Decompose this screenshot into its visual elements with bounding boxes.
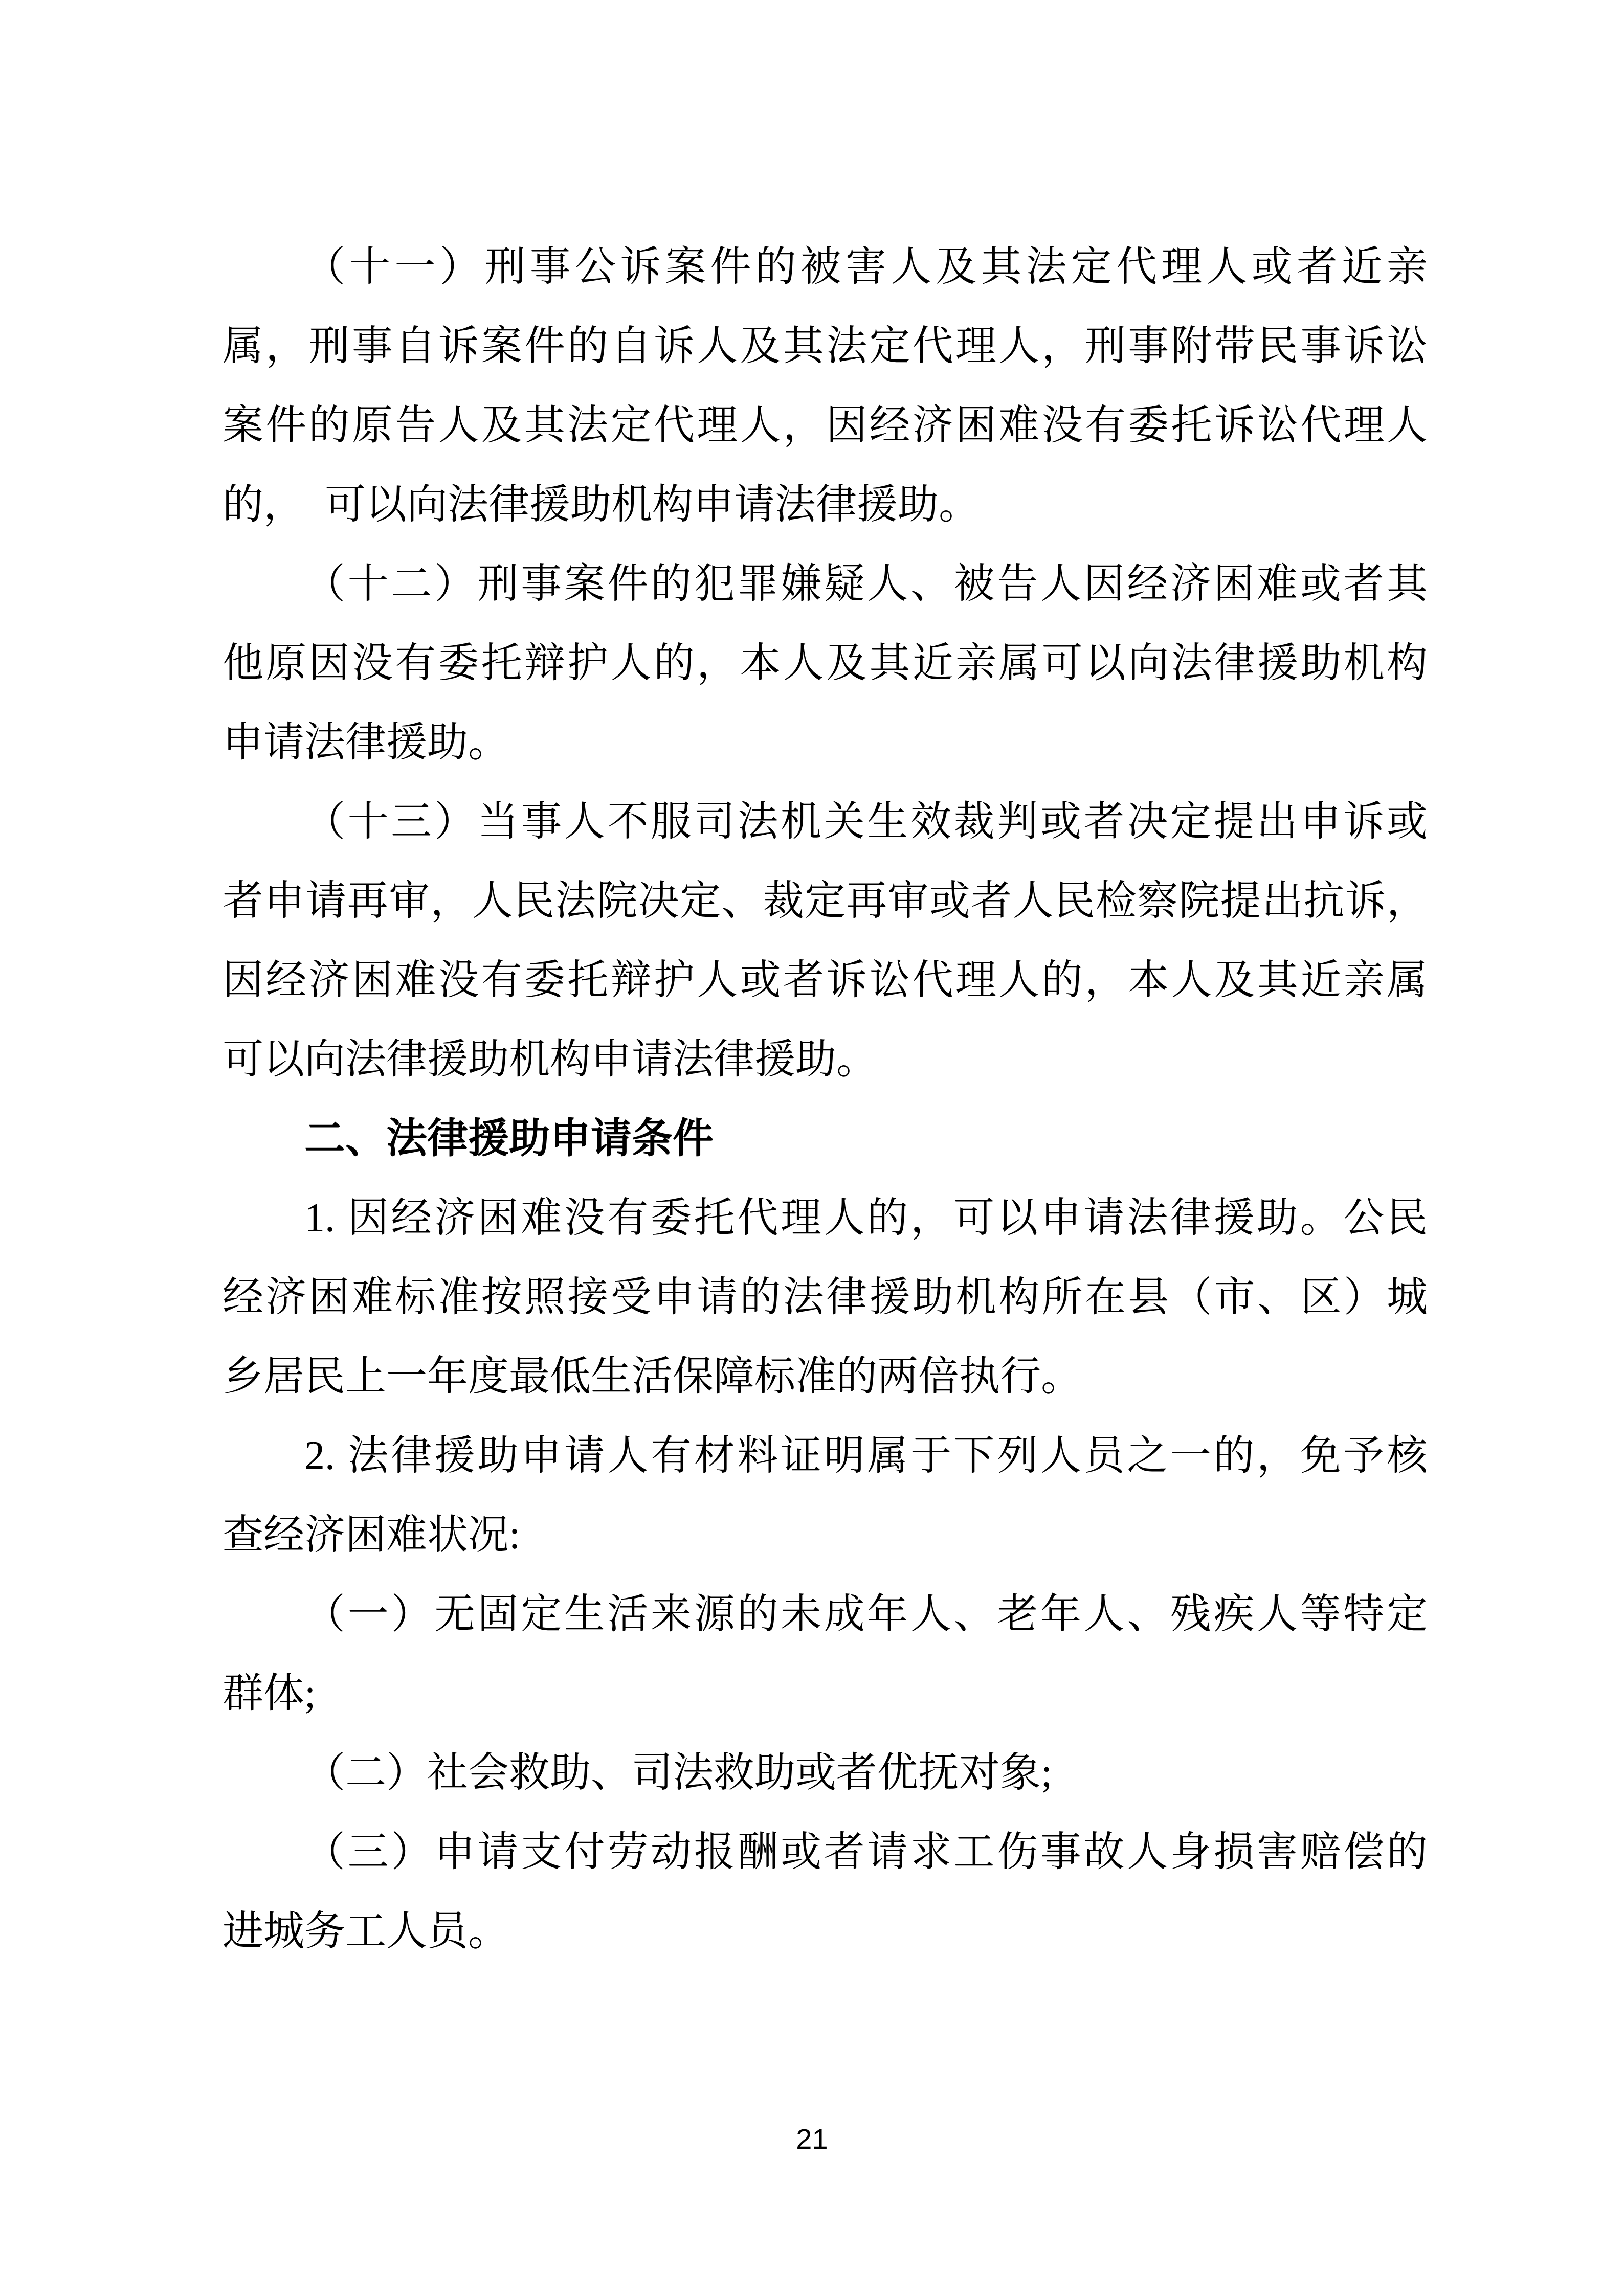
text-line: 进城务工人员。 <box>223 1892 1428 1971</box>
text-line: （二）社会救助、司法救助或者优抚对象; <box>223 1734 1428 1813</box>
text-line: （一）无固定生活来源的未成年人、老年人、残疾人等特定 <box>223 1575 1428 1654</box>
text-line: 1. 因经济困难没有委托代理人的，可以申请法律援助。公民 <box>223 1179 1428 1258</box>
page-number: 21 <box>0 2122 1624 2155</box>
text-line: 查经济困难状况: <box>223 1496 1428 1575</box>
text-line: 者申请再审，人民法院决定、裁定再审或者人民检察院提出抗诉， <box>223 862 1428 941</box>
text-line: 因经济困难没有委托辩护人或者诉讼代理人的，本人及其近亲属 <box>223 941 1428 1020</box>
text-line: （三）申请支付劳动报酬或者请求工伤事故人身损害赔偿的 <box>223 1813 1428 1892</box>
text-line: 乡居民上一年度最低生活保障标准的两倍执行。 <box>223 1337 1428 1416</box>
text-line: 群体; <box>223 1654 1428 1734</box>
text-line: 2. 法律援助申请人有材料证明属于下列人员之一的，免予核 <box>223 1416 1428 1496</box>
text-line: 属，刑事自诉案件的自诉人及其法定代理人，刑事附带民事诉讼 <box>223 307 1428 386</box>
text-line: （十二）刑事案件的犯罪嫌疑人、被告人因经济困难或者其 <box>223 545 1428 624</box>
text-line: 案件的原告人及其法定代理人，因经济困难没有委托诉讼代理人 <box>223 386 1428 465</box>
text-line: 他原因没有委托辩护人的，本人及其近亲属可以向法律援助机构 <box>223 624 1428 703</box>
text-line: 的， 可以向法律援助机构申请法律援助。 <box>223 465 1428 545</box>
text-line: 经济困难标准按照接受申请的法律援助机构所在县（市、区）城 <box>223 1258 1428 1337</box>
text-line: （十三）当事人不服司法机关生效裁判或者决定提出申诉或 <box>223 782 1428 862</box>
text-line: 可以向法律援助机构申请法律援助。 <box>223 1020 1428 1099</box>
document-page: （十一）刑事公诉案件的被害人及其法定代理人或者近亲 属，刑事自诉案件的自诉人及其… <box>0 0 1624 2296</box>
section-heading: 二、法律援助申请条件 <box>223 1099 1428 1179</box>
document-body: （十一）刑事公诉案件的被害人及其法定代理人或者近亲 属，刑事自诉案件的自诉人及其… <box>223 228 1428 1971</box>
text-line: 申请法律援助。 <box>223 703 1428 782</box>
text-line: （十一）刑事公诉案件的被害人及其法定代理人或者近亲 <box>223 228 1428 307</box>
